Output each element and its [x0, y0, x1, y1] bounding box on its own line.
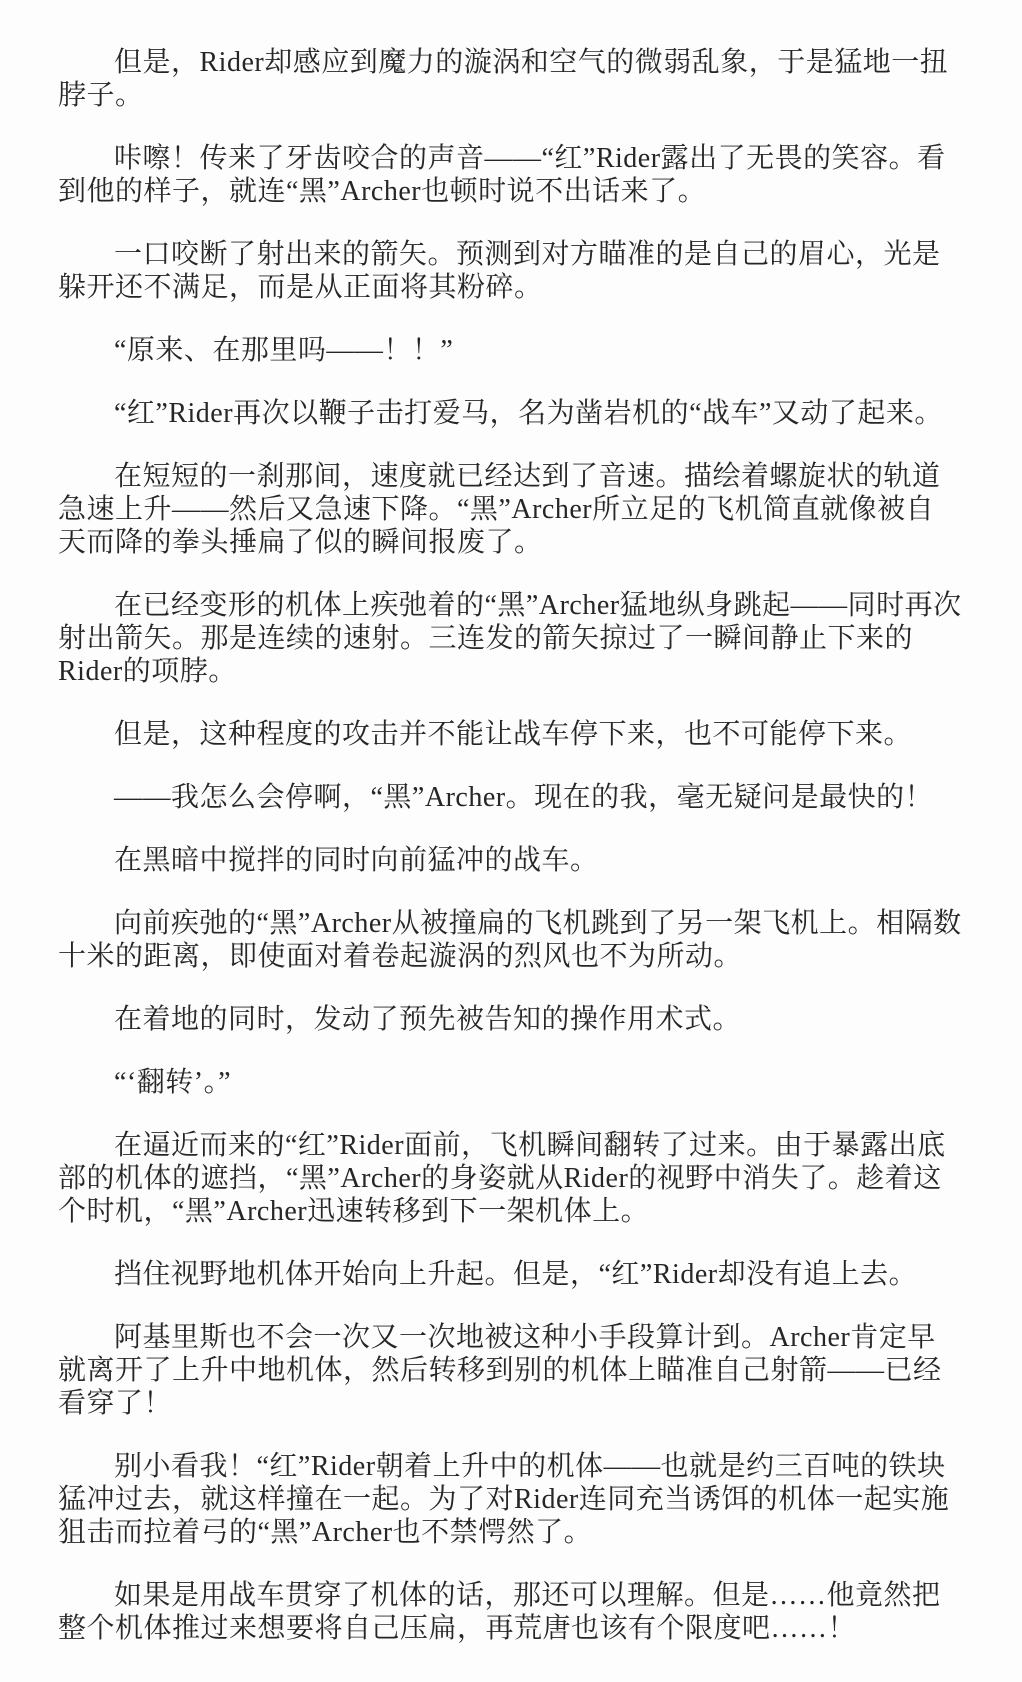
paragraph: “红”Rider再次以鞭子击打爱马，名为凿岩机的“战车”又动了起来。	[58, 397, 962, 430]
paragraph: 但是，Rider却感应到魔力的漩涡和空气的微弱乱象，于是猛地一扭脖子。	[58, 46, 962, 112]
paragraph: 向前疾弛的“黑”Archer从被撞扁的飞机跳到了另一架飞机上。相隔数十米的距离，…	[58, 907, 962, 973]
paragraph: 在已经变形的机体上疾弛着的“黑”Archer猛地纵身跳起——同时再次射出箭矢。那…	[58, 589, 962, 688]
paragraph: 挡住视野地机体开始向上升起。但是，“红”Rider却没有追上去。	[58, 1258, 962, 1291]
paragraph: 在逼近而来的“红”Rider面前，飞机瞬间翻转了过来。由于暴露出底部的机体的遮挡…	[58, 1129, 962, 1228]
paragraph: 阿基里斯也不会一次又一次地被这种小手段算计到。Archer肯定早就离开了上升中地…	[58, 1321, 962, 1420]
paragraph: “原来、在那里吗——！！”	[58, 334, 962, 367]
paragraph: 咔嚓！传来了牙齿咬合的声音——“红”Rider露出了无畏的笑容。看到他的样子，就…	[58, 142, 962, 208]
paragraph: 在短短的一刹那间，速度就已经达到了音速。描绘着螺旋状的轨道急速上升——然后又急速…	[58, 460, 962, 559]
paragraph-list: 但是，Rider却感应到魔力的漩涡和空气的微弱乱象，于是猛地一扭脖子。咔嚓！传来…	[58, 46, 962, 1645]
paragraph: 如果是用战车贯穿了机体的话，那还可以理解。但是……他竟然把整个机体推过来想要将自…	[58, 1579, 962, 1645]
paragraph: 但是，这种程度的攻击并不能让战车停下来，也不可能停下来。	[58, 718, 962, 751]
paragraph: “‘翻转’。”	[58, 1066, 962, 1099]
paragraph: 在着地的同时，发动了预先被告知的操作用术式。	[58, 1003, 962, 1036]
paragraph: 别小看我！“红”Rider朝着上升中的机体——也就是约三百吨的铁块猛冲过去，就这…	[58, 1450, 962, 1549]
novel-page: 但是，Rider却感应到魔力的漩涡和空气的微弱乱象，于是猛地一扭脖子。咔嚓！传来…	[0, 0, 1022, 1682]
paragraph: ——我怎么会停啊，“黑”Archer。现在的我，毫无疑问是最快的！	[58, 781, 962, 814]
paragraph: 在黑暗中搅拌的同时向前猛冲的战车。	[58, 844, 962, 877]
paragraph: 一口咬断了射出来的箭矢。预测到对方瞄准的是自己的眉心，光是躲开还不满足，而是从正…	[58, 238, 962, 304]
